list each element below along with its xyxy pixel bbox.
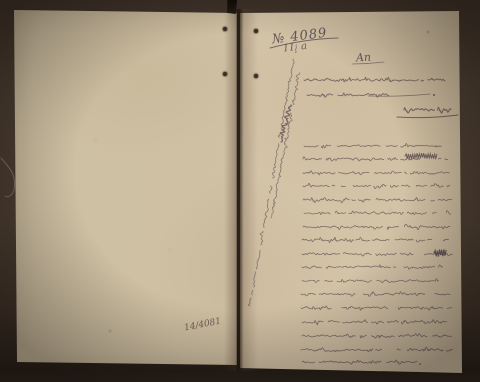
punch-hole xyxy=(223,72,227,76)
document-scan: № 4089 II a An 14/4081 xyxy=(0,0,480,382)
punch-hole xyxy=(254,74,258,78)
salutation-an: An xyxy=(356,50,372,64)
punch-hole xyxy=(254,29,258,33)
punch-hole xyxy=(223,27,227,31)
thread-fiber xyxy=(1,158,15,197)
binding-clip xyxy=(227,0,237,14)
